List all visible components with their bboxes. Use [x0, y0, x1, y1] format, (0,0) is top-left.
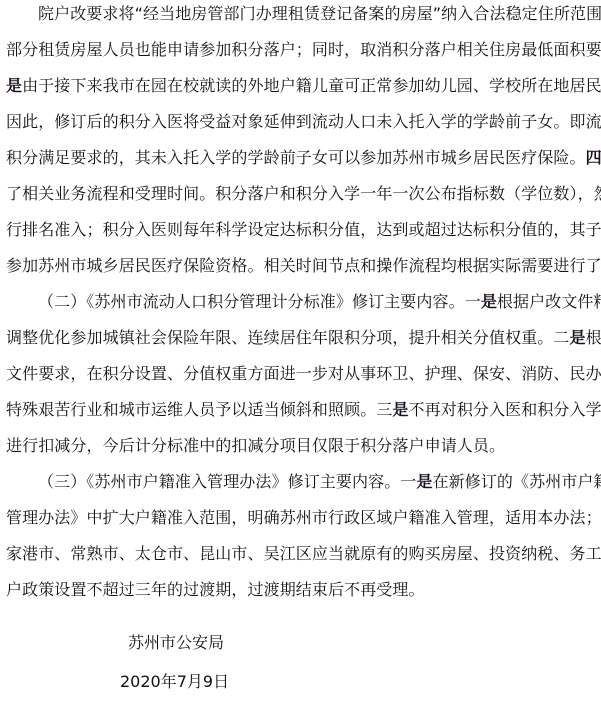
text-line: 行排名准入；积分入医则每年科学设定达标积分值，达到或超过达标积分值的，其子女取得 — [6, 219, 596, 241]
text-run: 院户改要求将“经当地房管部门办理租赁登记备案的房屋”纳入合法稳定住所范围，使该 — [38, 4, 601, 23]
text-line: 参加苏州市城乡居民医疗保险资格。相关时间节点和操作流程均根据实际需要进行了调整。 — [6, 255, 596, 277]
text-run: 文件要求，在积分设置、分值权重方面进一步对从事环卫、护理、保安、消防、民办教育等 — [6, 364, 601, 383]
text-line: 特殊艰苦行业和城市运维人员予以适当倾斜和照顾。三是不再对积分入医和积分入学申请人 — [6, 399, 596, 421]
text-run: 了相关业务流程和受理时间。积分落户和积分入学一年一次公布指标数（学位数），然后进 — [6, 184, 601, 203]
text-run: 由于接下来我市在园在校就读的外地户籍儿童可正常参加幼儿园、学校所在地居民医保， — [22, 76, 601, 95]
text-run: 根据户改文件精神， — [497, 292, 601, 311]
text-line: 调整优化参加城镇社会保险年限、连续居住年限积分项，提升相关分值权重。二是根据最新 — [6, 327, 596, 349]
text-run: 在新修订的《苏州市户籍准入 — [433, 472, 601, 491]
document-page: 院户改要求将“经当地房管部门办理租赁登记备案的房屋”纳入合法稳定住所范围，使该 … — [0, 0, 601, 705]
bold-marker: 是 — [392, 400, 408, 419]
text-line: 部分租赁房屋人员也能申请参加积分落户；同时，取消积分落户相关住房最低面积要求。三 — [6, 39, 596, 61]
text-run: （三）《苏州市户籍准入管理办法》修订主要内容。一 — [38, 472, 416, 491]
text-run: 因此，修订后的积分入医将受益对象延伸到流动人口未入托入学的学龄前子女。即流动人口 — [6, 112, 601, 131]
bold-marker: 四是 — [586, 148, 601, 167]
text-run: 部分租赁房屋人员也能申请参加积分落户；同时，取消积分落户相关住房最低面积要求。三 — [6, 40, 601, 59]
text-run: 不再对积分入医和积分入学申请人 — [409, 400, 601, 419]
text-run: （二）《苏州市流动人口积分管理计分标准》修订主要内容。一 — [38, 292, 481, 311]
text-line: 因此，修订后的积分入医将受益对象延伸到流动人口未入托入学的学龄前子女。即流动人口 — [6, 111, 596, 133]
text-run: 户政策设置不超过三年的过渡期，过渡期结束后不再受理。 — [6, 580, 425, 599]
text-line: 文件要求，在积分设置、分值权重方面进一步对从事环卫、护理、保安、消防、民办教育等 — [6, 363, 596, 385]
text-run: 行排名准入；积分入医则每年科学设定达标积分值，达到或超过达标积分值的，其子女取得 — [6, 220, 601, 239]
bold-marker: 是 — [481, 292, 497, 311]
text-run: 进行扣减分，今后计分标准中的扣减分项目仅限于积分落户申请人员。 — [6, 436, 505, 455]
text-line: （三）《苏州市户籍准入管理办法》修订主要内容。一是在新修订的《苏州市户籍准入 — [38, 471, 596, 493]
text-run: 特殊艰苦行业和城市运维人员予以适当倾斜和照顾。三 — [6, 400, 392, 419]
issuer-signature: 苏州市公安局 — [128, 632, 224, 654]
text-line: 了相关业务流程和受理时间。积分落户和积分入学一年一次公布指标数（学位数），然后进 — [6, 183, 596, 205]
bold-marker: 是 — [6, 76, 22, 95]
issue-date: 2020年7月9日 — [120, 671, 229, 693]
text-run: 家港市、常熟市、太仓市、昆山市、吴江区应当就原有的购买房屋、投资纳税、务工经商落 — [6, 544, 601, 563]
text-line: 积分满足要求的，其未入托入学的学龄前子女可以参加苏州市城乡居民医疗保险。四是调整 — [6, 147, 596, 169]
text-line: 管理办法》中扩大户籍准入范围，明确苏州市行政区域户籍准入管理，适用本办法；二是张 — [6, 507, 596, 529]
text-run: 调整优化参加城镇社会保险年限、连续居住年限积分项，提升相关分值权重。二 — [6, 328, 570, 347]
text-line: 进行扣减分，今后计分标准中的扣减分项目仅限于积分落户申请人员。 — [6, 435, 596, 457]
text-run: 根据最新 — [586, 328, 601, 347]
bold-marker: 是 — [570, 328, 586, 347]
text-line: （二）《苏州市流动人口积分管理计分标准》修订主要内容。一是根据户改文件精神， — [38, 291, 596, 313]
text-run: 管理办法》中扩大户籍准入范围，明确苏州市行政区域户籍准入管理，适用本办法；二 — [6, 508, 601, 527]
text-run: 参加苏州市城乡居民医疗保险资格。相关时间节点和操作流程均根据实际需要进行了调整。 — [6, 256, 601, 275]
text-line: 家港市、常熟市、太仓市、昆山市、吴江区应当就原有的购买房屋、投资纳税、务工经商落 — [6, 543, 596, 565]
text-line: 院户改要求将“经当地房管部门办理租赁登记备案的房屋”纳入合法稳定住所范围，使该 — [38, 3, 596, 25]
text-line: 户政策设置不超过三年的过渡期，过渡期结束后不再受理。 — [6, 579, 596, 601]
text-line: 是由于接下来我市在园在校就读的外地户籍儿童可正常参加幼儿园、学校所在地居民医保， — [6, 75, 596, 97]
text-run: 积分满足要求的，其未入托入学的学龄前子女可以参加苏州市城乡居民医疗保险。 — [6, 148, 586, 167]
bold-marker: 是 — [416, 472, 432, 491]
